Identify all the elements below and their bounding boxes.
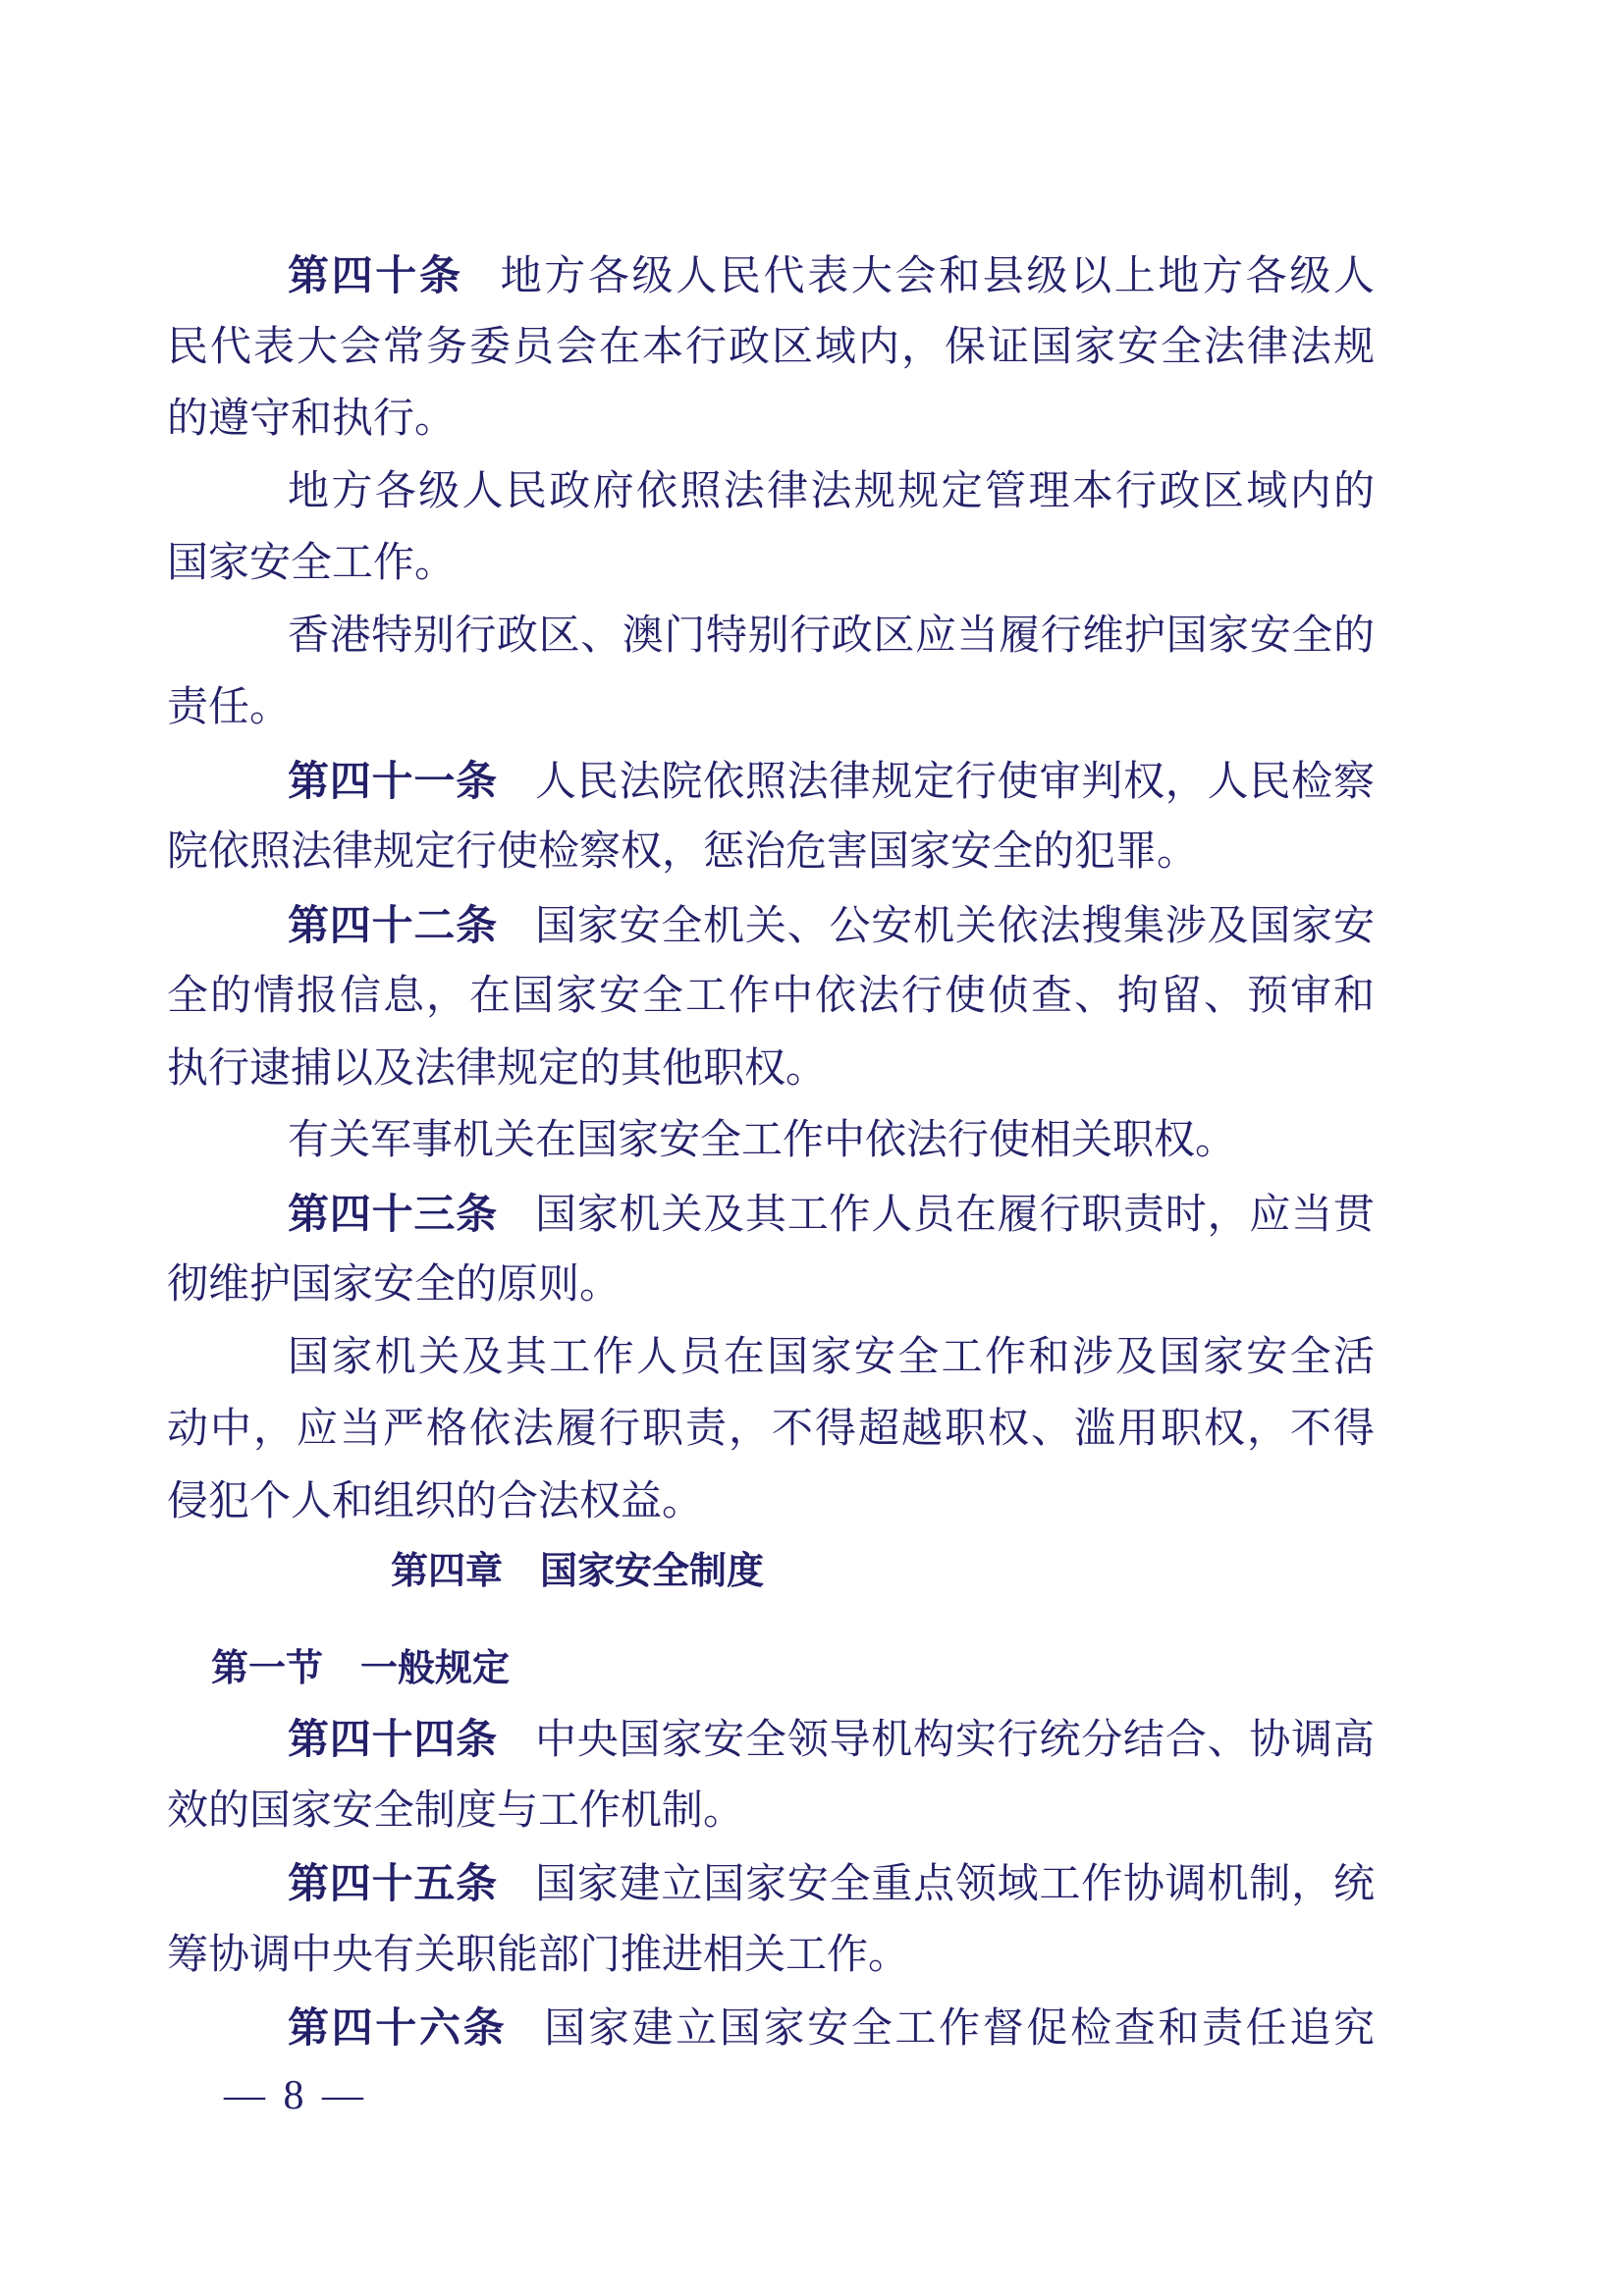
text-line-content: 效的国家安全制度与工作机制。: [167, 1789, 744, 1834]
article-number: 第四十一条: [288, 758, 498, 804]
text-line: 第四十条地方各级人民代表大会和县级以上地方各级人: [167, 240, 1375, 312]
text-line-content: 筹协调中央有关职能部门推进相关工作。: [167, 1933, 909, 1978]
text-line: 国家安全工作。: [167, 528, 1375, 601]
text-line-content: 侵犯个人和组织的合法权益。: [167, 1479, 703, 1524]
text-line: 侵犯个人和组织的合法权益。: [167, 1467, 1375, 1539]
article-number: 第四十三条: [288, 1191, 498, 1237]
text-line-content: 国家安全工作。: [167, 541, 456, 586]
text-line-content: 全的情报信息，在国家安全工作中依法行使侦查、拘留、预审和: [167, 974, 1375, 1019]
text-line-content: 国家安全机关、公安机关依法搜集涉及国家安: [535, 904, 1375, 949]
text-line: 国家机关及其工作人员在国家安全工作和涉及国家安全活: [167, 1322, 1375, 1395]
text-line-content: 彻维护国家安全的原则。: [167, 1262, 621, 1308]
text-line: 有关军事机关在国家安全工作中依法行使相关职权。: [167, 1105, 1375, 1178]
text-line: 效的国家安全制度与工作机制。: [167, 1776, 1375, 1848]
text-line: 第四十一条人民法院依照法律规定行使审判权，人民检察: [167, 745, 1375, 818]
text-line: 的遵守和执行。: [167, 384, 1375, 456]
page-number: — 8 —: [224, 2069, 367, 2122]
text-line-content: 人民法院依照法律规定行使审判权，人民检察: [535, 760, 1375, 805]
text-line-content: 院依照法律规定行使检察权，惩治危害国家安全的犯罪。: [167, 829, 1198, 875]
text-line-content: 国家建立国家安全重点领域工作协调机制，统: [535, 1862, 1375, 1907]
text-line: 彻维护国家安全的原则。: [167, 1250, 1375, 1322]
text-line-content: 动中，应当严格依法履行职责，不得超越职权、滥用职权，不得: [167, 1407, 1375, 1452]
section-heading: 第一节 一般规定: [211, 1640, 510, 1697]
text-line-content: 的遵守和执行。: [167, 397, 456, 442]
text-line: 全的情报信息，在国家安全工作中依法行使侦查、拘留、预审和: [167, 961, 1375, 1034]
text-line: 香港特别行政区、澳门特别行政区应当履行维护国家安全的: [167, 601, 1375, 673]
text-line: 第四十二条国家安全机关、公安机关依法搜集涉及国家安: [167, 889, 1375, 962]
text-line-content: 中央国家安全领导机构实行统分结合、协调高: [535, 1718, 1375, 1763]
text-line-content: 责任。: [167, 685, 291, 730]
text-line-content: 地方各级人民代表大会和县级以上地方各级人: [501, 254, 1375, 299]
text-line-content: 国家机关及其工作人员在履行职责时，应当贯: [535, 1193, 1375, 1238]
text-line-content: 民代表大会常务委员会在本行政区域内，保证国家安全法律法规: [167, 325, 1375, 370]
article-number: 第四十条: [288, 252, 463, 298]
text-line-content: 地方各级人民政府依照法律法规规定管理本行政区域内的: [288, 469, 1375, 514]
text-line-content: 国家建立国家安全工作督促检查和责任追究: [544, 2006, 1375, 2052]
text-line: 民代表大会常务委员会在本行政区域内，保证国家安全法律法规: [167, 312, 1375, 385]
article-number: 第四十二条: [288, 902, 498, 948]
body-text-block-upper: 第四十条地方各级人民代表大会和县级以上地方各级人 民代表大会常务委员会在本行政区…: [167, 240, 1375, 1538]
text-line: 第四十四条中央国家安全领导机构实行统分结合、协调高: [167, 1703, 1375, 1776]
text-line-content: 执行逮捕以及法律规定的其他职权。: [167, 1046, 827, 1092]
text-line-content: 有关军事机关在国家安全工作中依法行使相关职权。: [288, 1118, 1236, 1163]
chapter-heading: 第四章 国家安全制度: [391, 1543, 764, 1600]
text-line: 第四十六条国家建立国家安全工作督促检查和责任追究: [167, 1992, 1375, 2064]
text-line: 地方各级人民政府依照法律法规规定管理本行政区域内的: [167, 456, 1375, 529]
text-line: 责任。: [167, 672, 1375, 745]
article-number: 第四十六条: [288, 2004, 507, 2051]
text-line-content: 国家机关及其工作人员在国家安全工作和涉及国家安全活: [288, 1335, 1375, 1380]
text-line: 第四十五条国家建立国家安全重点领域工作协调机制，统: [167, 1847, 1375, 1920]
text-line: 执行逮捕以及法律规定的其他职权。: [167, 1034, 1375, 1106]
document-page: 第四十条地方各级人民代表大会和县级以上地方各级人 民代表大会常务委员会在本行政区…: [0, 0, 1624, 2296]
article-number: 第四十四条: [288, 1716, 498, 1762]
text-line: 第四十三条国家机关及其工作人员在履行职责时，应当贯: [167, 1178, 1375, 1251]
text-line: 筹协调中央有关职能部门推进相关工作。: [167, 1920, 1375, 1993]
text-line: 动中，应当严格依法履行职责，不得超越职权、滥用职权，不得: [167, 1394, 1375, 1467]
text-line-content: 香港特别行政区、澳门特别行政区应当履行维护国家安全的: [288, 614, 1375, 659]
article-number: 第四十五条: [288, 1860, 498, 1906]
text-line: 院依照法律规定行使检察权，惩治危害国家安全的犯罪。: [167, 817, 1375, 889]
body-text-block-lower: 第四十四条中央国家安全领导机构实行统分结合、协调高 效的国家安全制度与工作机制。…: [167, 1703, 1375, 2064]
